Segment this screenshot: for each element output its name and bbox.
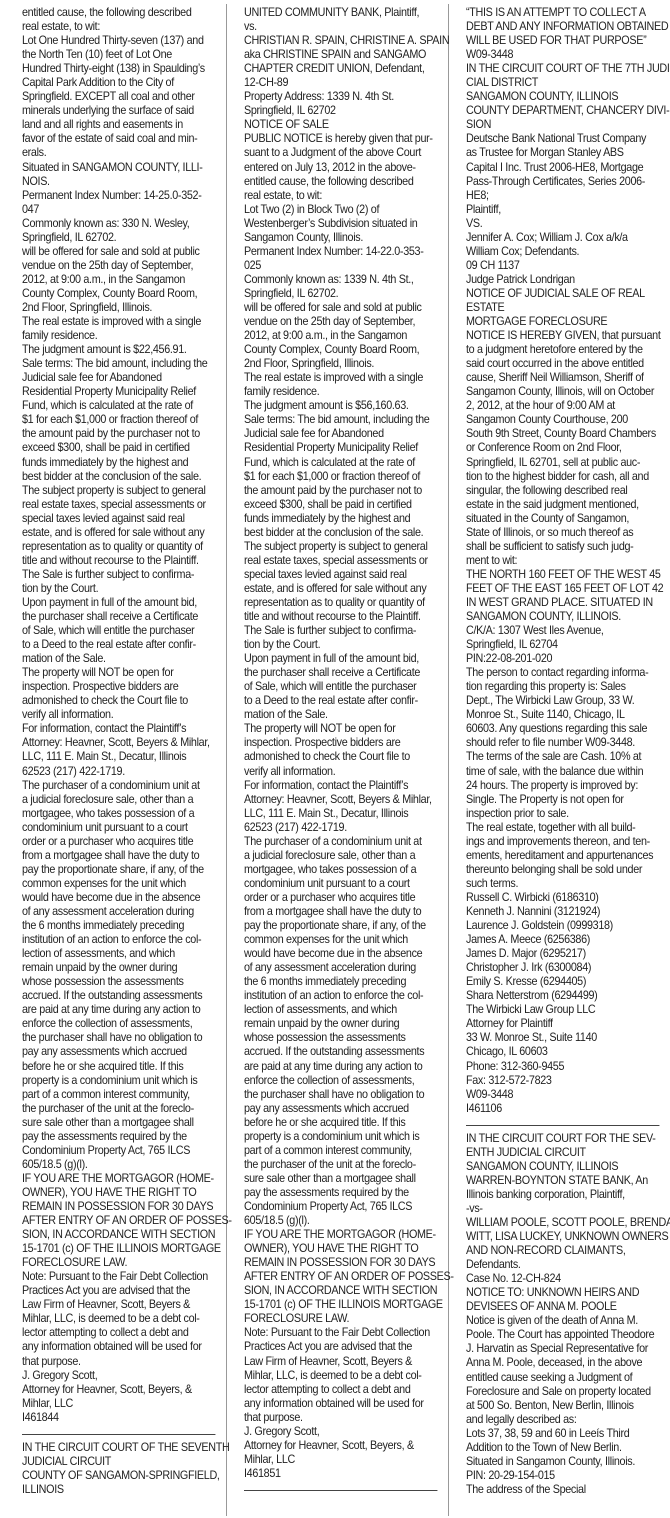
notice-text-line: family residence. bbox=[22, 329, 215, 343]
notice-text-line: real estate, to wit: bbox=[244, 189, 437, 203]
notice-text-line: suant to a Judgment of the above Court bbox=[244, 146, 437, 160]
notice-text-line: the purchaser shall receive a Certificat… bbox=[22, 610, 215, 624]
notice-text-line: SANGAMON COUNTY, ILLINOIS bbox=[466, 90, 663, 104]
notice-text-line: “THIS IS AN ATTEMPT TO COLLECT A bbox=[466, 6, 663, 20]
notice-text-line: UNITED COMMUNITY BANK, Plaintiff, bbox=[244, 6, 437, 20]
notice-text-line: the purchaser shall have no obligation t… bbox=[244, 1088, 437, 1102]
notice-text-line: Note: Pursuant to the Fair Debt Collecti… bbox=[244, 1326, 437, 1340]
notice-text-line: tion by the Court. bbox=[244, 638, 437, 652]
notice-text-line: The subject property is subject to gener… bbox=[22, 484, 215, 498]
notice-text-line: WILLIAM POOLE, SCOTT POOLE, BRENDA bbox=[466, 1216, 663, 1230]
notice-text-line: funds immediately by the highest and bbox=[244, 512, 437, 526]
notice-text-line: Springfield, IL 62702 bbox=[244, 104, 437, 118]
notice-text-line: James D. Major (6295217) bbox=[466, 947, 663, 961]
notice-text-line: order or a purchaser who acquires title bbox=[22, 835, 215, 849]
notice-text-line: COUNTY DEPARTMENT, CHANCERY DIVI- bbox=[466, 104, 663, 118]
notice-text-line: Law Firm of Heavner, Scott, Beyers & bbox=[244, 1355, 437, 1369]
notice-text-line: mortgagee, who takes possession of a bbox=[244, 863, 437, 877]
notice-text-line: The judgment amount is $56,160.63. bbox=[244, 399, 437, 413]
notice-text-line: AFTER ENTRY OF AN ORDER OF POSSES- bbox=[22, 1214, 215, 1228]
notice-text-line: The property will NOT be open for bbox=[22, 666, 215, 680]
notice-text-line: PIN: 20-29-154-015 bbox=[466, 1469, 663, 1483]
notice-text-line: of Sale, which will entitle the purchase… bbox=[22, 624, 215, 638]
notice-text-line: pay any assessments which accrued bbox=[244, 1102, 437, 1116]
notice-text-line: mortgagee, who takes possession of a bbox=[22, 807, 215, 821]
notice-text-line: IN THE CIRCUIT COURT FOR THE SEV- bbox=[466, 1132, 663, 1146]
notice-text-line: IF YOU ARE THE MORTGAGOR (HOME- bbox=[244, 1228, 437, 1242]
notice-text-line: tion to the highest bidder for cash, all… bbox=[466, 470, 663, 484]
notice-text-line: mation of the Sale. bbox=[22, 652, 215, 666]
notice-text-line: Illinois banking corporation, Plaintiff, bbox=[466, 1188, 663, 1202]
notice-text-line: would have become due in the absence bbox=[22, 891, 215, 905]
notice-text-line: The purchaser of a condominium unit at bbox=[244, 835, 437, 849]
notice-text-line: Condominium Property Act, 765 ILCS bbox=[22, 1144, 215, 1158]
notice-text-line: of any assessment acceleration during bbox=[244, 961, 437, 975]
notice-text-line: from a mortgagee shall have the duty to bbox=[22, 849, 215, 863]
notice-text-line: Fund, which is calculated at the rate of bbox=[244, 456, 437, 470]
notice-text-line: AND NON-RECORD CLAIMANTS, bbox=[466, 1244, 663, 1258]
notice-text-line: pay the assessments required by the bbox=[244, 1186, 437, 1200]
notice-text-line: The purchaser of a condominium unit at bbox=[22, 779, 215, 793]
notice-text-line: Judicial sale fee for Abandoned bbox=[244, 427, 437, 441]
notice-text-line: at 500 So. Benton, New Berlin, Illinois bbox=[466, 1399, 663, 1413]
notice-text-line: IN THE CIRCUIT COURT OF THE 7TH JUDI- bbox=[466, 62, 663, 76]
notice-text-line: inspection. Prospective bidders are bbox=[244, 736, 437, 750]
notice-text-line: J. Gregory Scott, bbox=[22, 1369, 215, 1383]
notice-text-line: as Trustee for Morgan Stanley ABS bbox=[466, 146, 663, 160]
notice-text-line: are paid at any time during any action t… bbox=[244, 1060, 437, 1074]
notice-text-line: admonished to check the Court file to bbox=[244, 750, 437, 764]
notice-text-line: LLC, 111 E. Main St., Decatur, Illinois bbox=[244, 807, 437, 821]
notice-text-line: entitled cause seeking a Judgment of bbox=[466, 1371, 663, 1385]
notice-text-line: 2012, at 9:00 a.m., in the Sangamon bbox=[22, 273, 215, 287]
notice-text-line: estate, and is offered for sale without … bbox=[244, 582, 437, 596]
notice-text-line: PUBLIC NOTICE is hereby given that pur- bbox=[244, 132, 437, 146]
notice-text-line: W09-3448 bbox=[466, 1088, 663, 1102]
legal-notice: entitled cause, the following describedr… bbox=[22, 6, 215, 1425]
notice-separator-rule bbox=[244, 1490, 437, 1491]
notice-text-line: SANGAMON COUNTY, ILLINOIS bbox=[466, 1160, 663, 1174]
notice-text-line: 2nd Floor, Springfield, Illinois. bbox=[244, 357, 437, 371]
notice-text-line: 2nd Floor, Springfield, Illinois. bbox=[22, 301, 215, 315]
notice-text-line: representation as to quality or quantity… bbox=[22, 540, 215, 554]
notice-text-line: Shara Netterstrom (6294499) bbox=[466, 989, 663, 1003]
notice-text-line: part of a common interest community, bbox=[244, 1144, 437, 1158]
notice-text-line: property is a condominium unit which is bbox=[244, 1130, 437, 1144]
notice-text-line: The subject property is subject to gener… bbox=[244, 540, 437, 554]
notice-text-line: common expenses for the unit which bbox=[22, 877, 215, 891]
notice-text-line: Permanent Index Number: 14-22.0-353- bbox=[244, 245, 437, 259]
notice-text-line: The Sale is further subject to confirma- bbox=[22, 568, 215, 582]
notice-text-line: The person to contact regarding informa- bbox=[466, 666, 663, 680]
notice-text-line: I461106 bbox=[466, 1102, 663, 1116]
notice-text-line: pay the assessments required by the bbox=[22, 1130, 215, 1144]
notice-text-line: Westenberger’s Subdivision situated in bbox=[244, 217, 437, 231]
notice-text-line: Mihlar, LLC, is deemed to be a debt col- bbox=[244, 1369, 437, 1383]
notice-text-line: admonished to check the Court file to bbox=[22, 694, 215, 708]
notice-text-line: property is a condominium unit which is bbox=[22, 1074, 215, 1088]
notice-text-line: 2012, at 9:00 a.m., in the Sangamon bbox=[244, 329, 437, 343]
notice-text-line: Judicial sale fee for Abandoned bbox=[22, 371, 215, 385]
notice-text-line: South 9th Street, County Board Chambers bbox=[466, 427, 663, 441]
notice-text-line: WILL BE USED FOR THAT PURPOSE” bbox=[466, 34, 663, 48]
notice-text-line: 62523 (217) 422-1719. bbox=[22, 765, 215, 779]
notice-text-line: a judicial foreclosure sale, other than … bbox=[22, 793, 215, 807]
notice-text-line: remain unpaid by the owner during bbox=[244, 1017, 437, 1031]
notice-text-line: the amount paid by the purchaser not to bbox=[244, 484, 437, 498]
notice-text-line: pay any assessments which accrued bbox=[22, 1045, 215, 1059]
notice-text-line: Situated in Sangamon County, Illinois. bbox=[466, 1455, 663, 1469]
notice-text-line: representation as to quality or quantity… bbox=[244, 596, 437, 610]
notice-text-line: cause, Sheriff Neil Williamson, Sheriff … bbox=[466, 371, 663, 385]
notice-text-line: Judge Patrick Londrigan bbox=[466, 273, 663, 287]
notice-text-line: Notice is given of the death of Anna M. bbox=[466, 1314, 663, 1328]
notice-text-line: of any assessment acceleration during bbox=[22, 905, 215, 919]
notice-text-line: J. Gregory Scott, bbox=[244, 1425, 437, 1439]
notice-text-line: $1 for each $1,000 or fraction thereof o… bbox=[22, 413, 215, 427]
notice-text-line: Defendants. bbox=[466, 1258, 663, 1272]
notice-text-line: The real estate, together with all build… bbox=[466, 821, 663, 835]
notice-text-line: to a Deed to the real estate after confi… bbox=[22, 638, 215, 652]
notice-text-line: Attorney for Heavner, Scott, Beyers, & bbox=[244, 1439, 437, 1453]
notice-text-line: Condominium Property Act, 765 ILCS bbox=[244, 1200, 437, 1214]
notice-text-line: W09-3448 bbox=[466, 48, 663, 62]
column-divider bbox=[226, 4, 227, 1516]
notice-text-line: accrued. If the outstanding assessments bbox=[244, 1045, 437, 1059]
notice-text-line: Emily S. Kresse (6294405) bbox=[466, 975, 663, 989]
notice-text-line: REMAIN IN POSSESSION FOR 30 DAYS bbox=[244, 1256, 437, 1270]
notice-text-line: Sangamon County Courthouse, 200 bbox=[466, 413, 663, 427]
notice-text-line: common expenses for the unit which bbox=[244, 933, 437, 947]
notice-text-line: ESTATE bbox=[466, 301, 663, 315]
notice-text-line: erals. bbox=[22, 146, 215, 160]
notice-text-line: entitled cause, the following described bbox=[244, 175, 437, 189]
notice-text-line: AFTER ENTRY OF AN ORDER OF POSSES- bbox=[244, 1270, 437, 1284]
notice-text-line: lector attempting to collect a debt and bbox=[22, 1326, 215, 1340]
notice-text-line: aka CHRISTINE SPAIN and SANGAMO bbox=[244, 48, 437, 62]
notice-text-line: Springfield, IL 62704 bbox=[466, 638, 663, 652]
notice-text-line: family residence. bbox=[244, 385, 437, 399]
column-2: UNITED COMMUNITY BANK, Plaintiff,vs.CHRI… bbox=[244, 6, 437, 1497]
notice-text-line: said court occurred in the above entitle… bbox=[466, 357, 663, 371]
notice-text-line: SION, IN ACCORDANCE WITH SECTION bbox=[22, 1228, 215, 1242]
notice-text-line: pay the proportionate share, if any, of … bbox=[22, 863, 215, 877]
notice-text-line: would have become due in the absence bbox=[244, 947, 437, 961]
notice-text-line: C/K/A: 1307 West Iles Avenue, bbox=[466, 624, 663, 638]
notice-text-line: William Cox; Defendants. bbox=[466, 245, 663, 259]
notice-text-line: Sangamon County, Illinois. bbox=[244, 231, 437, 245]
notice-text-line: THE NORTH 160 FEET OF THE WEST 45 bbox=[466, 568, 663, 582]
notice-text-line: sure sale other than a mortgagee shall bbox=[22, 1116, 215, 1130]
notice-text-line: institution of an action to enforce the … bbox=[22, 933, 215, 947]
notice-text-line: NOTICE TO: UNKNOWN HEIRS AND bbox=[466, 1286, 663, 1300]
notice-text-line: any information obtained will be used fo… bbox=[22, 1340, 215, 1354]
notice-text-line: vendue on the 25th day of September, bbox=[244, 315, 437, 329]
notice-text-line: verify all information. bbox=[244, 765, 437, 779]
notice-text-line: the purchaser shall have no obligation t… bbox=[22, 1031, 215, 1045]
notice-text-line: estate in the said judgment mentioned, bbox=[466, 498, 663, 512]
notice-text-line: 33 W. Monroe St., Suite 1140 bbox=[466, 1031, 663, 1045]
notice-text-line: pay the proportionate share, if any, of … bbox=[244, 919, 437, 933]
notice-separator-rule bbox=[466, 1125, 659, 1126]
notice-text-line: Law Firm of Heavner, Scott, Beyers & bbox=[22, 1298, 215, 1312]
notice-text-line: ings and improvements thereon, and ten- bbox=[466, 835, 663, 849]
notice-text-line: thereunto belonging shall be sold under bbox=[466, 863, 663, 877]
notice-text-line: the purchaser shall receive a Certificat… bbox=[244, 666, 437, 680]
notice-text-line: condominium unit pursuant to a court bbox=[244, 877, 437, 891]
notice-text-line: Permanent Index Number: 14-25.0-352- bbox=[22, 189, 215, 203]
notice-text-line: mation of the Sale. bbox=[244, 708, 437, 722]
notice-text-line: Capital Park Addition to the City of bbox=[22, 76, 215, 90]
notice-text-line: Single. The Property is not open for bbox=[466, 793, 663, 807]
notice-text-line: 047 bbox=[22, 203, 215, 217]
notice-text-line: Pass-Through Certificates, Series 2006- bbox=[466, 175, 663, 189]
notice-text-line: that purpose. bbox=[22, 1355, 215, 1369]
notice-text-line: Poole. The Court has appointed Theodore bbox=[466, 1328, 663, 1342]
notice-text-line: Lots 37, 38, 59 and 60 in Leeís Third bbox=[466, 1427, 663, 1441]
notice-text-line: before he or she acquired title. If this bbox=[22, 1060, 215, 1074]
notice-text-line: of Sale, which will entitle the purchase… bbox=[244, 680, 437, 694]
notice-text-line: IF YOU ARE THE MORTGAGOR (HOME- bbox=[22, 1172, 215, 1186]
notice-text-line: order or a purchaser who acquires title bbox=[244, 891, 437, 905]
notice-text-line: The Sale is further subject to confirma- bbox=[244, 624, 437, 638]
legal-notice: IN THE CIRCUIT COURT OF THE SEVENTHJUDIC… bbox=[22, 1441, 215, 1497]
notice-text-line: OWNER), YOU HAVE THE RIGHT TO bbox=[244, 1242, 437, 1256]
notice-text-line: I461844 bbox=[22, 1411, 215, 1425]
notice-text-line: shall be sufficient to satisfy such judg… bbox=[466, 540, 663, 554]
notice-text-line: land and all rights and easements in bbox=[22, 118, 215, 132]
notice-text-line: DEBT AND ANY INFORMATION OBTAINED bbox=[466, 20, 663, 34]
notice-text-line: Russell C. Wirbicki (6186310) bbox=[466, 891, 663, 905]
notice-text-line: funds immediately by the highest and bbox=[22, 456, 215, 470]
notice-text-line: IN WEST GRAND PLACE. SITUATED IN bbox=[466, 596, 663, 610]
notice-text-line: remain unpaid by the owner during bbox=[22, 961, 215, 975]
notice-text-line: lection of assessments, and which bbox=[244, 1003, 437, 1017]
notice-text-line: NOTICE IS HEREBY GIVEN, that pursuant bbox=[466, 329, 663, 343]
notice-text-line: Fund, which is calculated at the rate of bbox=[22, 399, 215, 413]
notice-text-line: title and without recourse to the Plaint… bbox=[244, 610, 437, 624]
notice-text-line: NOTICE OF SALE bbox=[244, 118, 437, 132]
notice-text-line: Hundred Thirty-eight (138) in Spaulding’… bbox=[22, 62, 215, 76]
notice-text-line: condominium unit pursuant to a court bbox=[22, 821, 215, 835]
notice-text-line: special taxes levied against said real bbox=[22, 512, 215, 526]
notice-text-line: 2, 2012, at the hour of 9:00 AM at bbox=[466, 399, 663, 413]
notice-text-line: CHRISTIAN R. SPAIN, CHRISTINE A. SPAIN bbox=[244, 34, 437, 48]
notice-text-line: best bidder at the conclusion of the sal… bbox=[22, 470, 215, 484]
notice-text-line: MORTGAGE FORECLOSURE bbox=[466, 315, 663, 329]
notice-text-line: Addition to the Town of New Berlin. bbox=[466, 1441, 663, 1455]
notice-text-line: enforce the collection of assessments, bbox=[22, 1017, 215, 1031]
notice-text-line: FORECLOSURE LAW. bbox=[22, 1256, 215, 1270]
notice-text-line: 62523 (217) 422-1719. bbox=[244, 821, 437, 835]
notice-text-line: Plaintiff, bbox=[466, 203, 663, 217]
notice-text-line: real estate taxes, special assessments o… bbox=[22, 498, 215, 512]
notice-text-line: For information, contact the Plaintiff’s bbox=[22, 722, 215, 736]
notice-text-line: The real estate is improved with a singl… bbox=[244, 371, 437, 385]
notice-text-line: Springfield. EXCEPT all coal and other bbox=[22, 90, 215, 104]
notice-text-line: Situated in SANGAMON COUNTY, ILLI- bbox=[22, 161, 215, 175]
notice-text-line: to a Deed to the real estate after confi… bbox=[244, 694, 437, 708]
notice-text-line: Anna M. Poole, deceased, in the above bbox=[466, 1356, 663, 1370]
notice-text-line: 025 bbox=[244, 259, 437, 273]
notice-text-line: whose possession the assessments bbox=[22, 975, 215, 989]
notice-text-line: Practices Act you are advised that the bbox=[22, 1284, 215, 1298]
notice-text-line: CHAPTER CREDIT UNION, Defendant, bbox=[244, 62, 437, 76]
notice-text-line: situated in the County of Sangamon, bbox=[466, 512, 663, 526]
notice-text-line: PIN:22-08-201-020 bbox=[466, 652, 663, 666]
notice-text-line: Springfield, IL 62701, sell at public au… bbox=[466, 456, 663, 470]
notice-text-line: $1 for each $1,000 or fraction thereof o… bbox=[244, 470, 437, 484]
column-divider bbox=[448, 4, 449, 1516]
notice-text-line: The terms of the sale are Cash. 10% at bbox=[466, 750, 663, 764]
notice-text-line: real estate taxes, special assessments o… bbox=[244, 554, 437, 568]
notice-text-line: special taxes levied against said real bbox=[244, 568, 437, 582]
notice-text-line: Upon payment in full of the amount bid, bbox=[22, 596, 215, 610]
notice-text-line: Deutsche Bank National Trust Company bbox=[466, 132, 663, 146]
notice-text-line: For information, contact the Plaintiff’s bbox=[244, 779, 437, 793]
notice-text-line: I461851 bbox=[244, 1467, 437, 1481]
notice-text-line: such terms. bbox=[466, 877, 663, 891]
notice-text-line: before he or she acquired title. If this bbox=[244, 1116, 437, 1130]
notice-text-line: Residential Property Municipality Relief bbox=[244, 441, 437, 455]
notice-text-line: J. Harvatin as Special Representative fo… bbox=[466, 1342, 663, 1356]
notice-text-line: ements, hereditament and appurtenances bbox=[466, 849, 663, 863]
notice-text-line: title and without recourse to the Plaint… bbox=[22, 554, 215, 568]
notice-text-line: Practices Act you are advised that the bbox=[244, 1340, 437, 1354]
notice-text-line: the 6 months immediately preceding bbox=[244, 975, 437, 989]
notice-text-line: Phone: 312-360-9455 bbox=[466, 1060, 663, 1074]
notice-text-line: Sale terms: The bid amount, including th… bbox=[244, 413, 437, 427]
notice-text-line: COUNTY OF SANGAMON-SPRINGFIELD, bbox=[22, 1469, 215, 1483]
notice-text-line: 24 hours. The property is improved by: bbox=[466, 779, 663, 793]
notice-text-line: Laurence J. Goldstein (0999318) bbox=[466, 919, 663, 933]
notice-text-line: minerals underlying the surface of said bbox=[22, 104, 215, 118]
notice-text-line: time of sale, with the balance due withi… bbox=[466, 765, 663, 779]
notice-text-line: exceed $300, shall be paid in certified bbox=[22, 441, 215, 455]
notice-text-line: FORECLOSURE LAW. bbox=[244, 1312, 437, 1326]
notice-text-line: the 6 months immediately preceding bbox=[22, 919, 215, 933]
notice-text-line: Lot One Hundred Thirty-seven (137) and bbox=[22, 34, 215, 48]
notice-text-line: LLC, 111 E. Main St., Decatur, Illinois bbox=[22, 750, 215, 764]
notice-text-line: Property Address: 1339 N. 4th St. bbox=[244, 90, 437, 104]
notice-text-line: 60603. Any questions regarding this sale bbox=[466, 722, 663, 736]
notice-text-line: part of a common interest community, bbox=[22, 1088, 215, 1102]
notice-text-line: Note: Pursuant to the Fair Debt Collecti… bbox=[22, 1270, 215, 1284]
notice-text-line: verify all information. bbox=[22, 708, 215, 722]
notice-text-line: State of Illinois, or so much thereof as bbox=[466, 526, 663, 540]
notice-text-line: lection of assessments, and which bbox=[22, 947, 215, 961]
notice-text-line: 09 CH 1137 bbox=[466, 259, 663, 273]
notice-text-line: the purchaser of the unit at the foreclo… bbox=[244, 1158, 437, 1172]
legal-notices-page: entitled cause, the following describedr… bbox=[0, 0, 670, 1518]
notice-text-line: are paid at any time during any action t… bbox=[22, 1003, 215, 1017]
notice-text-line: 605/18.5 (g)(l). bbox=[244, 1214, 437, 1228]
notice-text-line: The address of the Special bbox=[466, 1483, 663, 1497]
notice-text-line: Sale terms: The bid amount, including th… bbox=[22, 357, 215, 371]
notice-text-line: Lot Two (2) in Block Two (2) of bbox=[244, 203, 437, 217]
notice-text-line: Foreclosure and Sale on property located bbox=[466, 1385, 663, 1399]
notice-text-line: sure sale other than a mortgagee shall bbox=[244, 1172, 437, 1186]
notice-text-line: enforce the collection of assessments, bbox=[244, 1074, 437, 1088]
notice-text-line: Commonly known as: 1339 N. 4th St., bbox=[244, 273, 437, 287]
notice-text-line: a judicial foreclosure sale, other than … bbox=[244, 849, 437, 863]
notice-text-line: ILLINOIS bbox=[22, 1483, 215, 1497]
notice-text-line: Case No. 12-CH-824 bbox=[466, 1272, 663, 1286]
notice-text-line: entitled cause, the following described bbox=[22, 6, 215, 20]
notice-text-line: DEVISEES OF ANNA M. POOLE bbox=[466, 1300, 663, 1314]
notice-text-line: vendue on the 25th day of September, bbox=[22, 259, 215, 273]
notice-text-line: VS. bbox=[466, 217, 663, 231]
notice-text-line: SION bbox=[466, 118, 663, 132]
notice-text-line: Mihlar, LLC bbox=[22, 1397, 215, 1411]
notice-text-line: will be offered for sale and sold at pub… bbox=[22, 245, 215, 259]
notice-text-line: -vs- bbox=[466, 1202, 663, 1216]
notice-text-line: exceed $300, shall be paid in certified bbox=[244, 498, 437, 512]
notice-text-line: the amount paid by the purchaser not to bbox=[22, 427, 215, 441]
column-1: entitled cause, the following describedr… bbox=[22, 6, 215, 1497]
notice-text-line: to a judgment heretofore entered by the bbox=[466, 343, 663, 357]
notice-text-line: best bidder at the conclusion of the sal… bbox=[244, 526, 437, 540]
notice-text-line: CIAL DISTRICT bbox=[466, 76, 663, 90]
notice-text-line: any information obtained will be used fo… bbox=[244, 1397, 437, 1411]
notice-text-line: SION, IN ACCORDANCE WITH SECTION bbox=[244, 1284, 437, 1298]
notice-text-line: inspection prior to sale. bbox=[466, 807, 663, 821]
notice-text-line: Jennifer A. Cox; William J. Cox a/k/a bbox=[466, 231, 663, 245]
notice-text-line: Monroe St., Suite 1140, Chicago, IL bbox=[466, 708, 663, 722]
notice-text-line: Mihlar, LLC, is deemed to be a debt col- bbox=[22, 1312, 215, 1326]
notice-text-line: Attorney: Heavner, Scott, Beyers & Mihla… bbox=[22, 736, 215, 750]
notice-text-line: Dept., The Wirbicki Law Group, 33 W. bbox=[466, 694, 663, 708]
notice-text-line: FEET OF THE EAST 165 FEET OF LOT 42 bbox=[466, 582, 663, 596]
notice-text-line: Fax: 312-572-7823 bbox=[466, 1074, 663, 1088]
notice-text-line: entered on July 13, 2012 in the above- bbox=[244, 161, 437, 175]
notice-text-line: should refer to file number W09-3448. bbox=[466, 736, 663, 750]
notice-text-line: 15-1701 (c) OF THE ILLINOIS MORTGAGE bbox=[22, 1242, 215, 1256]
notice-text-line: JUDICIAL CIRCUIT bbox=[22, 1455, 215, 1469]
notice-text-line: inspection. Prospective bidders are bbox=[22, 680, 215, 694]
notice-text-line: Christopher J. Irk (6300084) bbox=[466, 961, 663, 975]
notice-text-line: The Wirbicki Law Group LLC bbox=[466, 1003, 663, 1017]
column-3: “THIS IS AN ATTEMPT TO COLLECT ADEBT AND… bbox=[466, 6, 663, 1497]
notice-text-line: singular, the following described real bbox=[466, 484, 663, 498]
notice-text-line: WITT, LISA LUCKEY, UNKNOWN OWNERS bbox=[466, 1230, 663, 1244]
legal-notice: IN THE CIRCUIT COURT FOR THE SEV-ENTH JU… bbox=[466, 1132, 663, 1497]
notice-text-line: lector attempting to collect a debt and bbox=[244, 1383, 437, 1397]
notice-text-line: SANGAMON COUNTY, ILLINOIS. bbox=[466, 610, 663, 624]
notice-text-line: The property will NOT be open for bbox=[244, 722, 437, 736]
legal-notice: UNITED COMMUNITY BANK, Plaintiff,vs.CHRI… bbox=[244, 6, 437, 1481]
notice-text-line: from a mortgagee shall have the duty to bbox=[244, 905, 437, 919]
notice-text-line: Upon payment in full of the amount bid, bbox=[244, 652, 437, 666]
notice-text-line: estate, and is offered for sale without … bbox=[22, 526, 215, 540]
notice-text-line: whose possession the assessments bbox=[244, 1031, 437, 1045]
notice-text-line: IN THE CIRCUIT COURT OF THE SEVENTH bbox=[22, 1441, 215, 1455]
legal-notice: “THIS IS AN ATTEMPT TO COLLECT ADEBT AND… bbox=[466, 6, 663, 1116]
notice-text-line: or Conference Room on 2nd Floor, bbox=[466, 441, 663, 455]
notice-text-line: institution of an action to enforce the … bbox=[244, 989, 437, 1003]
notice-text-line: The real estate is improved with a singl… bbox=[22, 315, 215, 329]
notice-text-line: ment to wit: bbox=[466, 554, 663, 568]
notice-text-line: tion regarding this property is: Sales bbox=[466, 680, 663, 694]
notice-text-line: REMAIN IN POSSESSION FOR 30 DAYS bbox=[22, 1200, 215, 1214]
notice-text-line: Sangamon County, Illinois, will on Octob… bbox=[466, 385, 663, 399]
notice-text-line: Kenneth J. Nannini (3121924) bbox=[466, 905, 663, 919]
notice-text-line: and legally described as: bbox=[466, 1413, 663, 1427]
notice-separator-rule bbox=[22, 1434, 215, 1435]
notice-text-line: Springfield, IL 62702. bbox=[244, 287, 437, 301]
notice-text-line: accrued. If the outstanding assessments bbox=[22, 989, 215, 1003]
notice-text-line: James A. Meece (6256386) bbox=[466, 933, 663, 947]
